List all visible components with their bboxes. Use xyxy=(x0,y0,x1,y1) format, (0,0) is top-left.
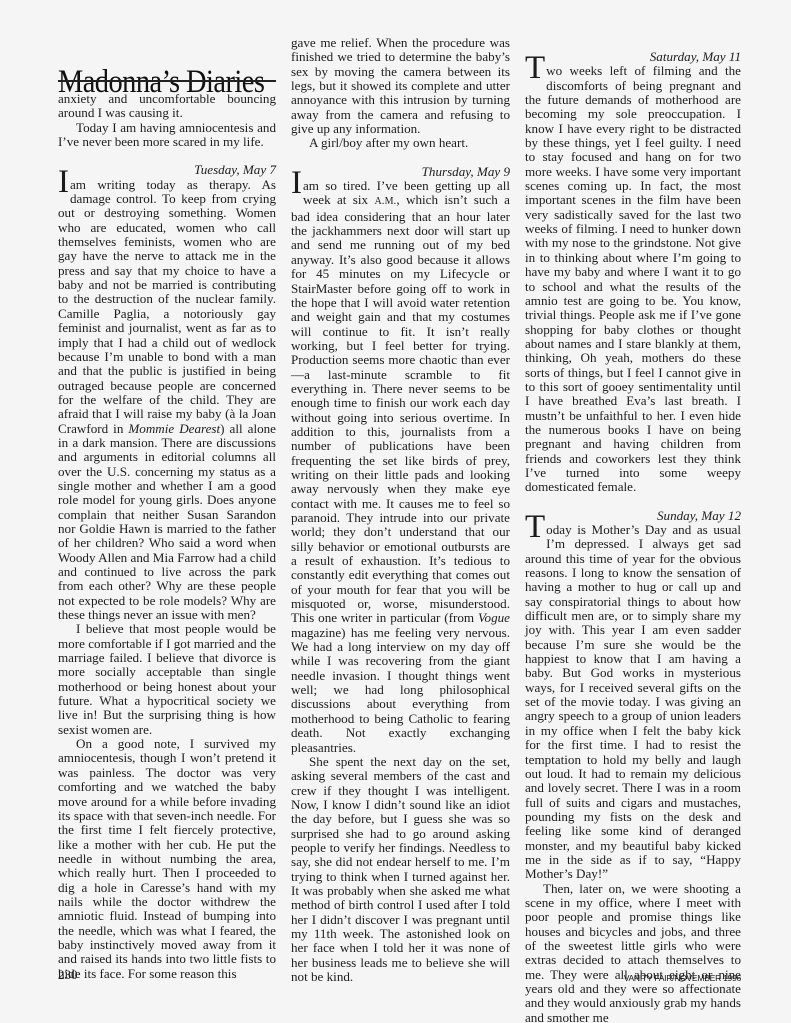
text-run: , which isn’t such a bad idea considerin… xyxy=(291,192,510,625)
paragraph: anxiety and uncomfortable bouncing aroun… xyxy=(58,92,276,121)
drop-cap: T xyxy=(525,514,545,541)
paragraph: I believe that most people would be more… xyxy=(58,622,276,737)
italic-title: Mommie Dearest xyxy=(128,421,220,436)
page-number: 230 xyxy=(58,967,78,983)
entry-date: Thursday, May 9 xyxy=(291,165,510,179)
diary-entry-saturday: Saturday, May 11 Two weeks left of filmi… xyxy=(525,50,741,495)
paragraph: A girl/boy after my own heart. xyxy=(291,136,510,150)
diary-entry-thursday: Thursday, May 9 I am so tired. I’ve been… xyxy=(291,165,510,985)
drop-cap: T xyxy=(525,55,545,82)
text-run: am writing today as therapy. As damage c… xyxy=(58,177,276,436)
paragraph: gave me relief. When the procedure was f… xyxy=(291,36,510,136)
italic-title: Vogue xyxy=(478,610,510,625)
column-2: gave me relief. When the procedure was f… xyxy=(291,36,510,984)
paragraph: Then, later on, we were shooting a scene… xyxy=(525,882,741,1023)
paragraph: Two weeks left of filming and the discom… xyxy=(525,64,741,494)
paragraph: She spent the next day on the set, askin… xyxy=(291,755,510,985)
entry-date: Tuesday, May 7 xyxy=(58,163,276,177)
diary-entry-sunday: Sunday, May 12 Today is Mother’s Day and… xyxy=(525,509,741,1023)
text-run: ) all alone in a dark mansion. There are… xyxy=(58,421,276,622)
text-run: magazine) has me feeling very nervous. W… xyxy=(291,625,510,755)
drop-cap: I xyxy=(291,170,302,197)
paragraph: I am so tired. I’ve been getting up all … xyxy=(291,179,510,755)
small-caps-time: A.M. xyxy=(374,196,396,207)
column-1: anxiety and uncomfortable bouncing aroun… xyxy=(58,92,276,981)
title-rule xyxy=(58,80,276,82)
paragraph: I am writing today as therapy. As damage… xyxy=(58,178,276,623)
paragraph: Today is Mother’s Day and as usual I’m d… xyxy=(525,523,741,882)
diary-entry-tuesday: Tuesday, May 7 I am writing today as the… xyxy=(58,163,276,981)
text-run: oday is Mother’s Day and as usual I’m de… xyxy=(525,522,741,881)
paragraph: Today I am having amniocentesis and I’ve… xyxy=(58,121,276,150)
paragraph: On a good note, I survived my amniocente… xyxy=(58,737,276,981)
drop-cap: I xyxy=(58,169,69,196)
entry-date: Sunday, May 12 xyxy=(525,509,741,523)
text-run: wo weeks left of filming and the discomf… xyxy=(525,63,741,494)
column-3: Saturday, May 11 Two weeks left of filmi… xyxy=(525,50,741,1023)
publication-footer: VANITY FAIR/NOVEMBER 1996 xyxy=(600,973,741,983)
